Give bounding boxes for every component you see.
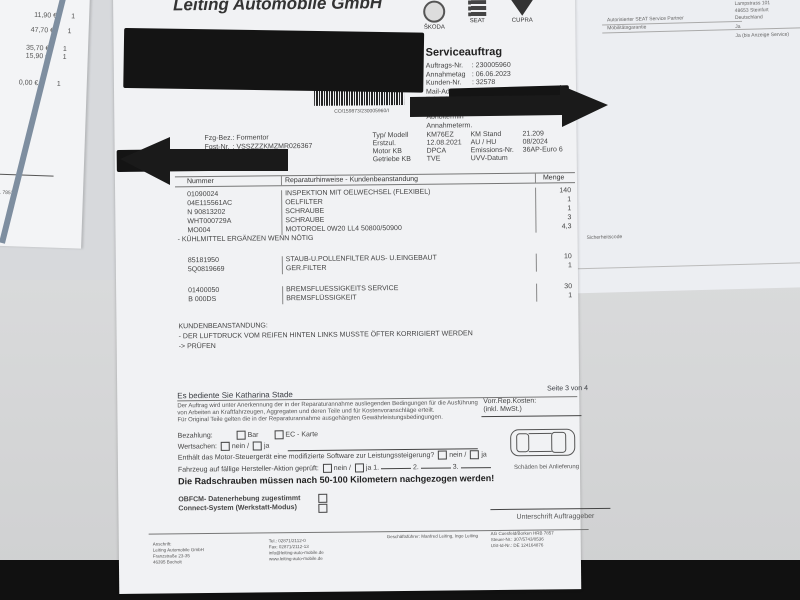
- item-quantity: 140: [559, 187, 571, 194]
- qty: 1: [63, 54, 67, 61]
- text-line: Ja (bis Anzeige Service): [735, 32, 789, 39]
- column-separator: [535, 188, 536, 233]
- meta-value: : 06.06.2023: [472, 70, 511, 77]
- text-line: 48653 Steinfurt: [735, 7, 769, 14]
- spec-value: TVE: [427, 156, 441, 163]
- damage-caption: Schäden bei Anlieferung: [514, 464, 579, 471]
- column-separator: [282, 286, 283, 304]
- recall-question-row: Fahrzeug auf fällige Hersteller-Aktion g…: [178, 462, 491, 474]
- item-quantity: 1: [568, 262, 572, 269]
- complaint-action: -> PRÜFEN: [179, 343, 216, 350]
- price: 0,00 €: [19, 79, 39, 87]
- checkbox-recall-no[interactable]: [323, 464, 332, 473]
- company-name: Leiting Automobile GmbH: [173, 0, 382, 15]
- spec-label: UVV-Datum: [471, 155, 508, 162]
- qty: 1: [63, 46, 67, 53]
- footer-management: Geschäftsführer: Manfred Leiting, Ingo L…: [387, 533, 478, 540]
- footer-registration: AG Coesfeld/Borken HRB 7857Steuer-Nr.: 3…: [491, 530, 554, 549]
- spec-label: AU / HU: [471, 139, 497, 146]
- car-damage-diagram-icon[interactable]: [508, 424, 578, 461]
- valuables-row: Wertsachen: nein / ja: [178, 441, 270, 451]
- cupra-emblem-icon: [511, 0, 533, 16]
- item-number: WHT000729A: [187, 218, 231, 225]
- software-question-row: Enthält das Motor-Steuergerät eine modif…: [178, 450, 487, 462]
- qty: 1: [67, 28, 71, 35]
- column-description: Reparaturhinweise - Kundenbeanstandung: [285, 176, 418, 184]
- checkbox-software-no[interactable]: [438, 451, 447, 460]
- item-number: B 000DS: [188, 296, 216, 303]
- complaint-heading: KUNDENBEANSTANDUNG:: [178, 322, 267, 330]
- item-quantity: 1: [568, 292, 572, 299]
- redaction-bar: [123, 28, 424, 93]
- item-description: SCHRAUBE: [285, 208, 324, 215]
- cost-field-line: [481, 415, 581, 417]
- signature-label: Unterschrift Auftraggeber: [516, 513, 594, 521]
- qty: 1: [57, 81, 61, 88]
- spec-value: 21.209: [522, 130, 543, 137]
- cost-estimate-sublabel: (inkl. MwSt.): [483, 406, 522, 413]
- right-sheet: Autorisierter SEAT Service Partner Mobil…: [566, 0, 800, 293]
- item-description: MOTOROEL 0W20 LL4 50800/50900: [285, 225, 401, 233]
- meta-label: Annahmetag: [426, 71, 466, 78]
- payment-option: EC - Karte: [285, 431, 318, 438]
- payment-row: Bezahlung: Bar EC - Karte: [178, 430, 319, 440]
- spec-label: Erstzul.: [373, 140, 396, 147]
- item-quantity: 10: [564, 253, 572, 260]
- footer-contact: Tel.: 02871/2112-0Fax: 02871/2112-13info…: [269, 538, 324, 563]
- checkbox-software-yes[interactable]: [470, 450, 479, 459]
- brand-label: ŠKODA: [424, 25, 445, 31]
- item-note: - KÜHLMITTEL ERGÄNZEN WENN NÖTIG: [178, 235, 314, 243]
- payment-label: Bezahlung:: [178, 432, 213, 439]
- connect-label: Connect-System (Werkstatt-Modus): [178, 504, 297, 512]
- spec-value: 08/2024: [523, 138, 548, 145]
- cost-estimate-label: Vorr.Rep.Kosten:: [483, 398, 536, 406]
- spec-value: KM76EZ: [426, 131, 453, 138]
- payment-option: Bar: [248, 432, 259, 439]
- item-number: 01400050: [188, 287, 219, 294]
- spec-value: 12.08.2021: [427, 139, 462, 146]
- option-label: nein /: [449, 452, 466, 459]
- checkbox-ec-card[interactable]: [274, 430, 283, 439]
- valuables-label: Wertsachen:: [178, 443, 217, 450]
- arrow-right-icon: [410, 85, 610, 130]
- column-separator: [535, 173, 536, 183]
- option-label: ja: [481, 451, 487, 458]
- document-title: Serviceauftrag: [426, 46, 503, 59]
- option-label: 2.: [413, 464, 419, 471]
- meta-value: : 230005960: [472, 62, 511, 69]
- item-number: N 90813202: [187, 209, 225, 216]
- item-number: 04E115561AC: [187, 200, 232, 207]
- item-description: INSPEKTION MIT OELWECHSEL (FLEXIBEL): [285, 189, 430, 198]
- obfcm-label: OBFCM- Datenerhebung zugestimmt: [178, 495, 300, 503]
- option-label: ja 1.: [366, 465, 379, 472]
- item-description: STAUB-U.POLLENFILTER AUS- U.EINGEBAUT: [286, 255, 437, 264]
- complaint-line: - DER LUFTDRUCK VOM REIFEN HINTEN LINKS …: [179, 330, 473, 340]
- item-number: 85181950: [188, 257, 219, 264]
- text-line: Deutschland: [735, 14, 763, 21]
- text-line: Mobilitätsgarantie: [607, 24, 646, 31]
- spec-value: DPCA: [427, 148, 447, 155]
- option-label: nein /: [334, 465, 351, 472]
- meta-label: Auftrags-Nr.: [426, 62, 463, 69]
- checkbox-valuables-no[interactable]: [221, 442, 230, 451]
- spec-label: KM Stand: [470, 131, 501, 138]
- item-number: MO004: [187, 227, 210, 234]
- cupra-logo: CUPRA: [511, 0, 533, 24]
- left-invoice-sheet: 11,90 € 1 47,70 € 1 35,70 € 1 15,90 € 1 …: [0, 0, 90, 249]
- item-quantity: 3: [567, 214, 571, 221]
- seat-logo: SEAT: [468, 0, 486, 24]
- wheel-bolt-notice: Die Radschrauben müssen nach 50-100 Kilo…: [178, 473, 494, 486]
- item-quantity: 1: [567, 205, 571, 212]
- skoda-logo: ŠKODA: [423, 1, 445, 31]
- column-separator: [536, 284, 537, 302]
- spec-label: Getriebe KB: [373, 156, 411, 163]
- text-line: Lampstrass 101: [735, 0, 771, 7]
- skoda-emblem-icon: [423, 1, 445, 23]
- column-quantity: Menge: [543, 174, 564, 181]
- brand-label: CUPRA: [512, 18, 533, 24]
- checkbox-cash[interactable]: [237, 431, 246, 440]
- column-separator: [282, 256, 283, 274]
- spec-label: Emissions-Nr.: [471, 147, 514, 154]
- item-description: BREMSFLUESSIGKEITS SERVICE: [286, 285, 398, 293]
- question-text: Fahrzeug auf fällige Hersteller-Aktion g…: [178, 465, 319, 473]
- option-label: ja: [264, 443, 270, 450]
- qty: 1: [71, 13, 75, 20]
- item-quantity: 30: [564, 283, 572, 290]
- item-number: 01090024: [187, 191, 218, 198]
- option-label: 3.: [453, 464, 459, 471]
- seat-emblem-icon: [468, 0, 486, 16]
- divider: [0, 174, 54, 177]
- checkbox-recall-yes[interactable]: [355, 463, 364, 472]
- item-description: SCHRAUBE: [285, 217, 324, 224]
- brand-label: SEAT: [470, 18, 485, 24]
- barcode-number: CO/159873/230005960/I: [334, 108, 389, 115]
- checkbox-connect[interactable]: [318, 504, 327, 513]
- text-line: Ja: [735, 24, 740, 30]
- page-number: Seite 3 von 4: [547, 385, 588, 392]
- checkbox-obfcm[interactable]: [318, 494, 327, 503]
- question-text: Enthält das Motor-Steuergerät eine modif…: [178, 452, 434, 462]
- rule: [573, 262, 800, 270]
- text-line: Sicherheitscode: [587, 234, 623, 241]
- item-quantity: 4,3: [562, 223, 572, 230]
- item-description: GER.FILTER: [286, 265, 327, 272]
- option-label: nein /: [232, 443, 249, 450]
- spec-label: Motor KB: [373, 148, 402, 155]
- price: 11,90 €: [34, 12, 57, 20]
- item-description: OELFILTER: [285, 199, 323, 206]
- spec-value: 36AP-Euro 6: [523, 146, 563, 153]
- checkbox-valuables-yes[interactable]: [253, 441, 262, 450]
- item-quantity: 1: [567, 196, 571, 203]
- item-description: BREMSFLÜSSIGKEIT: [286, 294, 356, 302]
- spec-label: Typ/ Modell: [372, 132, 408, 139]
- column-separator: [536, 254, 537, 272]
- column-separator: [281, 190, 282, 235]
- arrow-left-icon: [120, 137, 290, 187]
- footer-address: Anschrift:Leiting Automobile GmbHFranzst…: [153, 541, 204, 566]
- item-number: 5Q0819669: [188, 266, 225, 273]
